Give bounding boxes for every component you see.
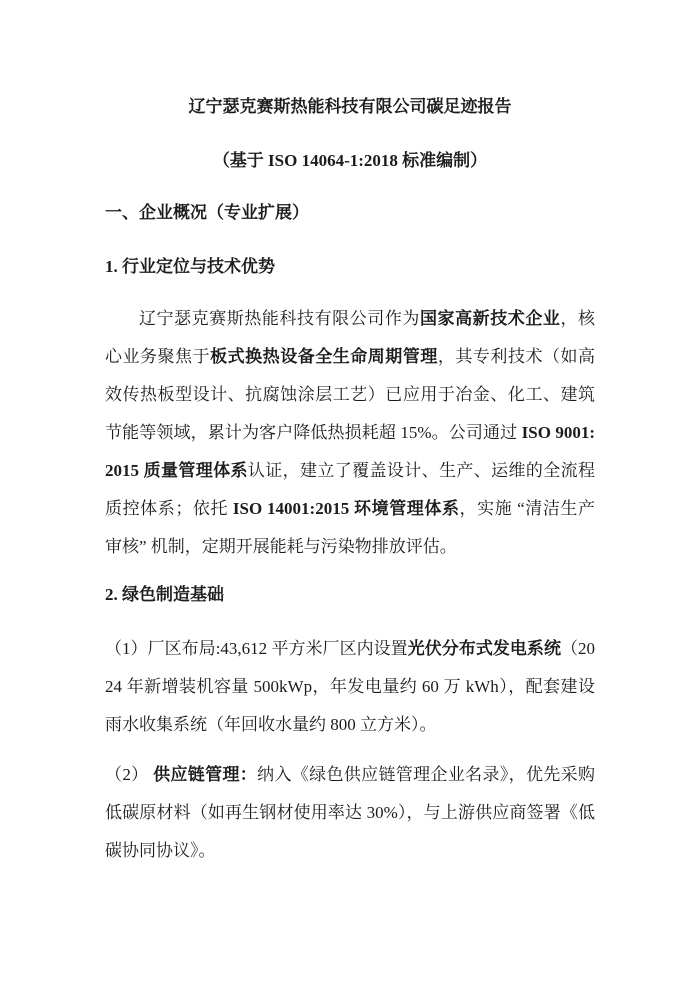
paragraph-supply-chain: （2） 供应链管理：纳入《绿色供应链管理企业名录》，优先采购低碳原材料（如再生钢… <box>105 756 595 870</box>
text-run: （1）厂区布局:43,612 平方米厂区内设置 <box>105 639 408 658</box>
text-run-bold: ISO 14001:2015 环境管理体系 <box>233 499 460 518</box>
report-title: 辽宁瑟克赛斯热能科技有限公司碳足迹报告 <box>105 88 595 126</box>
text-run: 辽宁瑟克赛斯热能科技有限公司作为 <box>139 309 420 328</box>
subsection-heading-industry-position: 1. 行业定位与技术优势 <box>105 248 595 286</box>
document-page: 辽宁瑟克赛斯热能科技有限公司碳足迹报告 （基于 ISO 14064-1:2018… <box>0 0 700 990</box>
text-run-bold: 国家高新技术企业 <box>420 309 560 328</box>
text-run-bold: 供应链管理： <box>153 765 257 784</box>
paragraph-plant-layout: （1）厂区布局:43,612 平方米厂区内设置光伏分布式发电系统（2024 年新… <box>105 630 595 744</box>
subsection-heading-green-manufacturing: 2. 绿色制造基础 <box>105 576 595 614</box>
section-heading-company-overview: 一、企业概况（专业扩展） <box>105 194 595 232</box>
paragraph-industry-position: 辽宁瑟克赛斯热能科技有限公司作为国家高新技术企业，核心业务聚焦于板式换热设备全生… <box>105 300 595 566</box>
report-subtitle: （基于 ISO 14064-1:2018 标准编制） <box>105 142 595 180</box>
text-run: （2） <box>105 765 153 784</box>
text-run-bold: 光伏分布式发电系统 <box>408 639 561 658</box>
text-run-bold: 板式换热设备全生命周期管理 <box>210 347 438 366</box>
